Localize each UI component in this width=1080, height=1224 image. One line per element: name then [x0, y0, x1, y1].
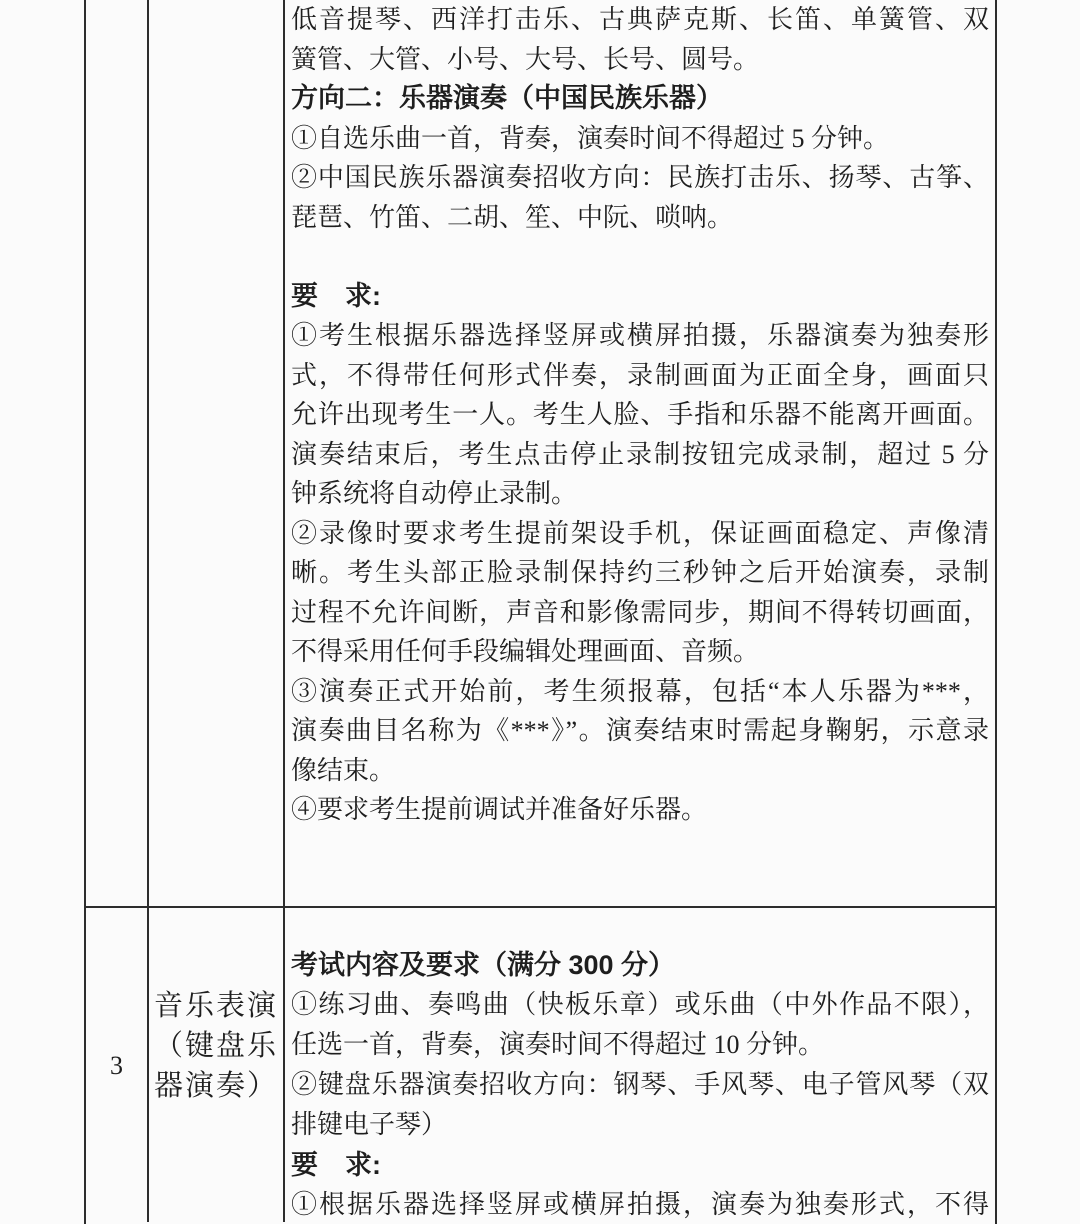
text-line: 不得采用任何手段编辑处理画面、音频。: [291, 632, 989, 672]
text-line: [291, 237, 989, 277]
text-line: ②录像时要求考生提前架设手机，保证画面稳定、声像清: [291, 514, 989, 554]
text-line: ①自选乐曲一首，背奏，演奏时间不得超过 5 分钟。: [291, 119, 989, 159]
table-row-continued: 低音提琴、西洋打击乐、古典萨克斯、长笛、单簧管、双簧管、大管、小号、大号、长号、…: [86, 0, 995, 908]
text-line: 晰。考生头部正脸录制保持约三秒钟之后开始演奏，录制: [291, 553, 989, 593]
text-line: ①考生根据乐器选择竖屏或横屏拍摄，乐器演奏为独奏形: [291, 316, 989, 356]
row-index: 3: [86, 1046, 147, 1086]
text-line: 允许出现考生一人。考生人脸、手指和乐器不能离开画面。: [291, 395, 989, 435]
table-row-3: 3 音乐表演（键盘乐器演奏） 考试内容及要求（满分 300 分）①练习曲、奏鸣曲…: [86, 908, 995, 1222]
exam-requirements-table: 低音提琴、西洋打击乐、古典萨克斯、长笛、单簧管、双簧管、大管、小号、大号、长号、…: [84, 0, 997, 1224]
text-line: ①根据乐器选择竖屏或横屏拍摄，演奏为独奏形式，不得: [291, 1185, 989, 1222]
cell-exam-content: 考试内容及要求（满分 300 分）①练习曲、奏鸣曲（快板乐章）或乐曲（中外作品不…: [285, 908, 995, 1222]
text-line: 方向二：乐器演奏（中国民族乐器）: [291, 79, 989, 119]
text-line: 低音提琴、西洋打击乐、古典萨克斯、长笛、单簧管、双: [291, 0, 989, 40]
text-line: 演奏结束后，考生点击停止录制按钮完成录制，超过 5 分: [291, 435, 989, 475]
text-line: 演奏曲目名称为《***》”。演奏结束时需起身鞠躬，示意录: [291, 711, 989, 751]
text-line: 琵琶、竹笛、二胡、笙、中阮、唢呐。: [291, 198, 989, 238]
text-line: 考试内容及要求（满分 300 分）: [291, 945, 989, 985]
text-line: 器演奏）: [149, 1066, 283, 1106]
text-line: （键盘乐: [149, 1026, 283, 1066]
text-line: 音乐表演: [149, 986, 283, 1026]
text-line: ④要求考生提前调试并准备好乐器。: [291, 790, 989, 830]
cell-program: 音乐表演（键盘乐器演奏）: [149, 908, 285, 1222]
cell-exam-content: 低音提琴、西洋打击乐、古典萨克斯、长笛、单簧管、双簧管、大管、小号、大号、长号、…: [285, 0, 995, 906]
text-line: 式，不得带任何形式伴奏，录制画面为正面全身，画面只: [291, 356, 989, 396]
text-line: 像结束。: [291, 751, 989, 791]
cell-index-empty: [86, 0, 149, 906]
text-line: 要 求:: [291, 277, 989, 317]
text-line: 任选一首，背奏，演奏时间不得超过 10 分钟。: [291, 1025, 989, 1065]
text-line: 簧管、大管、小号、大号、长号、圆号。: [291, 40, 989, 80]
text-line: ③演奏正式开始前，考生须报幕，包括“本人乐器为***，: [291, 672, 989, 712]
text-line: 过程不允许间断，声音和影像需同步，期间不得转切画面，: [291, 593, 989, 633]
text-line: 要 求:: [291, 1145, 989, 1185]
text-line: 钟系统将自动停止录制。: [291, 474, 989, 514]
text-line: 排键电子琴）: [291, 1105, 989, 1145]
cell-index: 3: [86, 908, 149, 1222]
text-line: ②键盘乐器演奏招收方向：钢琴、手风琴、电子管风琴（双: [291, 1065, 989, 1105]
text-line: ②中国民族乐器演奏招收方向：民族打击乐、扬琴、古筝、: [291, 158, 989, 198]
text-line: ①练习曲、奏鸣曲（快板乐章）或乐曲（中外作品不限），: [291, 985, 989, 1025]
cell-program-empty: [149, 0, 285, 906]
